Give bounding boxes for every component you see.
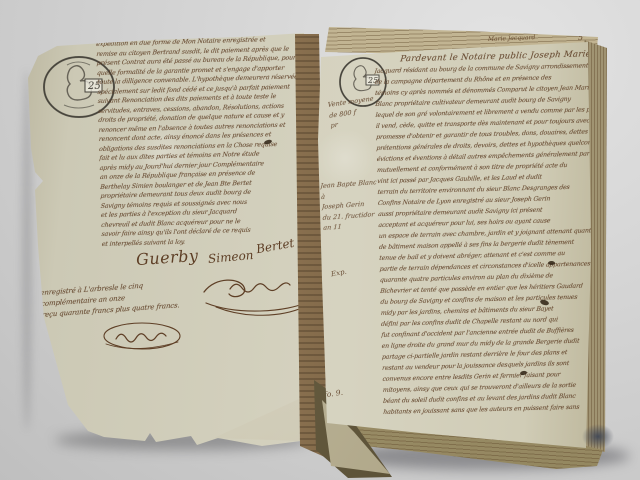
circled-signature-flourish [100,318,184,354]
signature-guerby: Guerby [135,246,199,269]
right-page-handwritten-text: Pardevant le Notaire public Joseph Marie… [374,49,598,418]
margin-folio-note: fo. 9. [323,388,343,401]
signature-simeon: Simeon [207,248,254,266]
worn-corner-shadow [582,424,614,449]
margin-parties-note: Jean Bapte BlancàJoseph Gerindu 21. fruc… [320,177,380,233]
left-page-handwritten-text: expédition en due forme de Mon Notaire e… [96,34,314,249]
margin-exp-note: Exp. [330,267,347,280]
registration-note: enregistré à L'arbresle le cinqcomplémen… [40,275,227,321]
page-corner-mark: 5 [578,33,583,44]
ink-blot [548,261,555,265]
photo-of-archive-documents: 25 expédition en due forme de Mon Notair… [0,0,640,480]
top-edge-scribble: Marie Jacquard [488,33,536,45]
margin-price-note: Vente moyenede 800 fpr [327,94,377,132]
